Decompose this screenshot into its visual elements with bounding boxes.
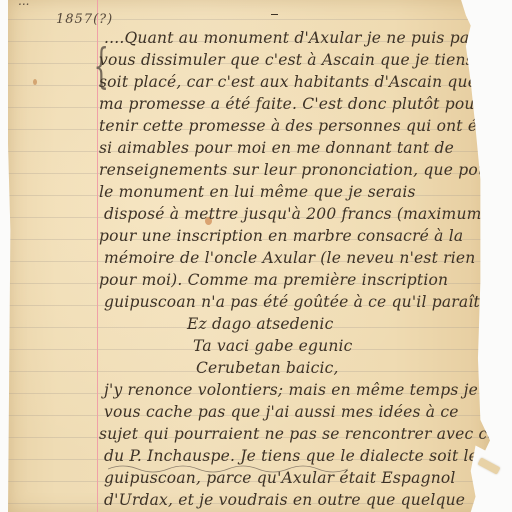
text-line: soit placé, car c'est aux habitants d'As… xyxy=(99,75,477,91)
text-line: ma promesse a été faite. C'est donc plut… xyxy=(99,97,482,113)
text-line: pour une inscription en marbre consacré … xyxy=(99,229,463,245)
basque-verse-line: Cerubetan baicic, xyxy=(196,361,339,377)
text-line: guipuscoan, parce qu'Axular était Espagn… xyxy=(104,471,456,487)
basque-verse-line: Ta vaci gabe egunic xyxy=(193,339,353,355)
text-line: vous cache pas que j'ai aussi mes idées … xyxy=(104,405,459,421)
text-line: disposé à mettre jusqu'à 200 francs (max… xyxy=(104,207,488,223)
text-line: tenir cette promesse à des personnes qui… xyxy=(99,119,493,135)
text-line: guipuscoan n'a pas été goûtée à ce qu'il… xyxy=(104,295,480,311)
paper-sheet: ... 1857(?) { ....Quant au monument d'Ax… xyxy=(8,0,490,512)
top-scrawl-text: ... xyxy=(18,0,29,8)
scanned-page: ... 1857(?) { ....Quant au monument d'Ax… xyxy=(0,0,512,512)
text-line: renseignements sur leur prononciation, q… xyxy=(99,163,496,179)
text-line: si aimables pour moi en me donnant tant … xyxy=(99,141,454,157)
ink-stain xyxy=(33,79,37,85)
text-line: le monument en lui même que je serais xyxy=(99,185,416,201)
date-annotation: 1857(?) xyxy=(56,12,113,27)
wavy-underline xyxy=(108,463,348,473)
torn-paper-fragment xyxy=(477,457,500,474)
text-line: mémoire de l'oncle Axular (le neveu n'es… xyxy=(104,251,475,267)
text-line: pour moi). Comme ma première inscription xyxy=(99,273,448,289)
text-line: sujet qui pourraient ne pas se rencontre… xyxy=(99,427,512,443)
text-line: j'y renonce volontiers; mais en même tem… xyxy=(104,383,503,399)
basque-verse-line: Ez dago atsedenic xyxy=(187,317,333,333)
text-line: d'Urdax, et je voudrais en outre que que… xyxy=(104,493,465,509)
text-line: ....Quant au monument d'Axular je ne pui… xyxy=(104,31,477,47)
text-line: vous dissimuler que c'est à Ascain que j… xyxy=(99,53,512,69)
header-dash xyxy=(271,14,278,15)
